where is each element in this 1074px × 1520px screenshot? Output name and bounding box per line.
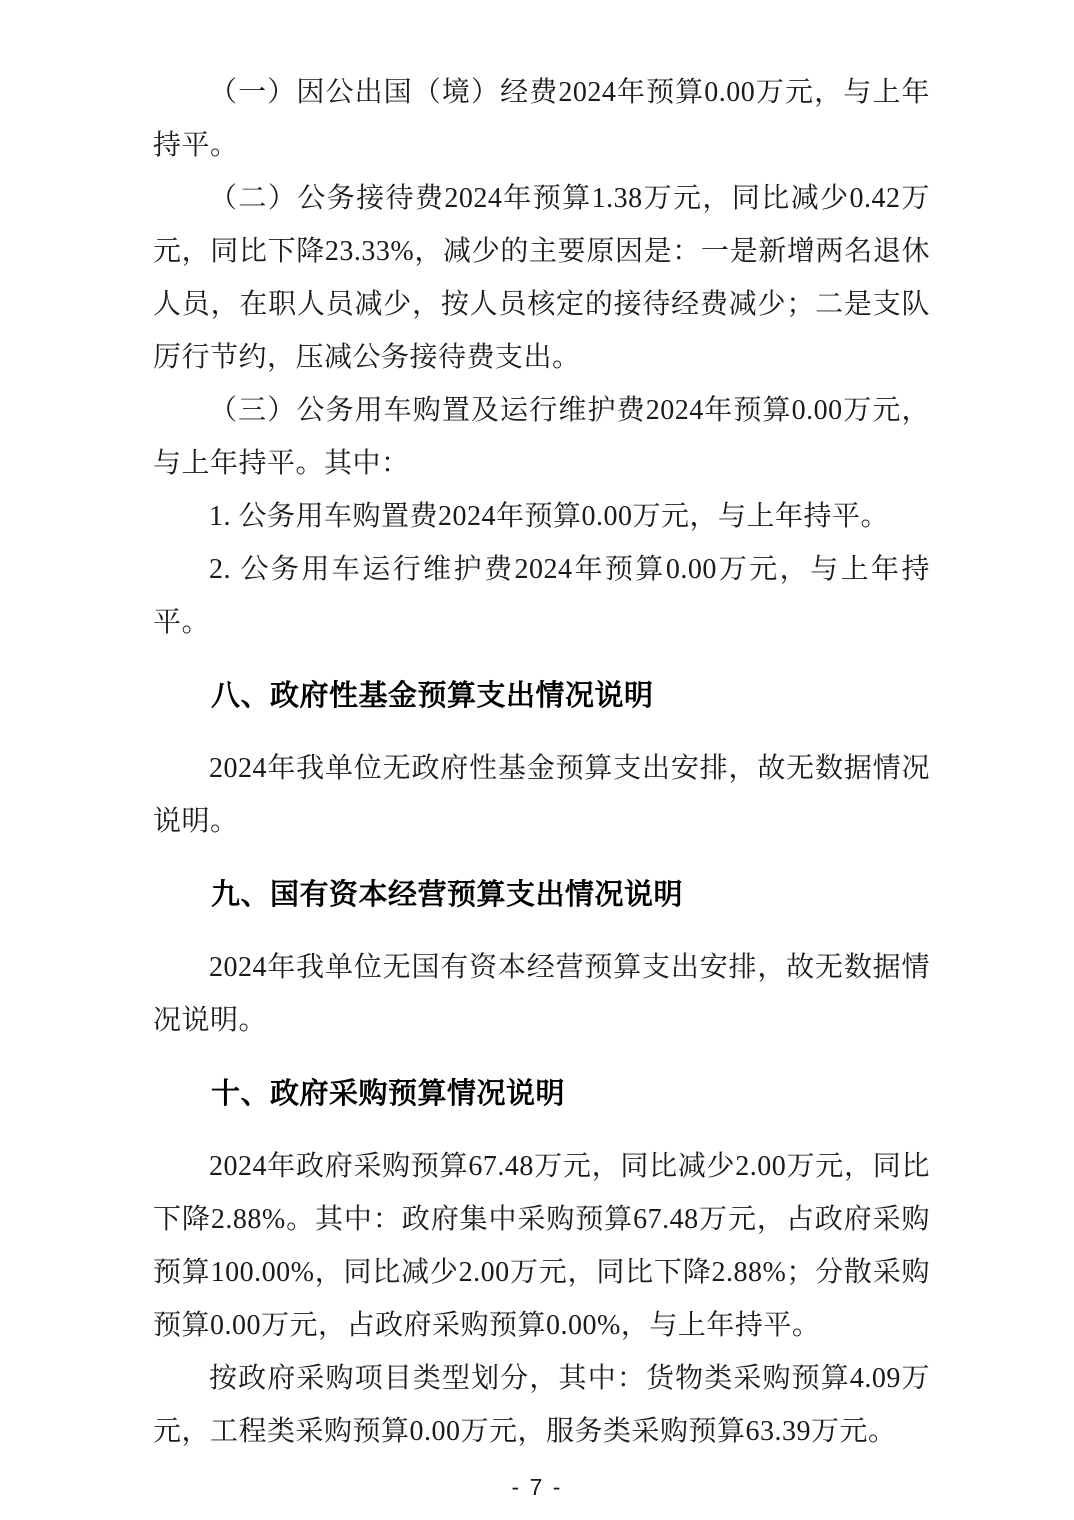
para-government-fund-budget: 2024年我单位无政府性基金预算支出安排，故无数据情况说明。 — [153, 742, 930, 848]
heading-government-fund-budget: 八、政府性基金预算支出情况说明 — [153, 670, 930, 723]
para-state-capital-budget: 2024年我单位无国有资本经营预算支出安排，故无数据情况说明。 — [153, 941, 930, 1047]
para-official-reception-expense: （二）公务接待费2024年预算1.38万元，同比减少0.42万元，同比下降23.… — [153, 172, 930, 384]
para-vehicle-purchase-expense: 1. 公务用车购置费2024年预算0.00万元，与上年持平。 — [153, 490, 930, 543]
para-procurement-by-type: 按政府采购项目类型划分，其中：货物类采购预算4.09万元，工程类采购预算0.00… — [153, 1352, 930, 1458]
heading-state-capital-budget: 九、国有资本经营预算支出情况说明 — [153, 869, 930, 922]
para-official-vehicle-expense: （三）公务用车购置及运行维护费2024年预算0.00万元，与上年持平。其中： — [153, 384, 930, 490]
para-outbound-travel-expense: （一）因公出国（境）经费2024年预算0.00万元，与上年持平。 — [153, 66, 930, 172]
para-vehicle-operation-expense: 2. 公务用车运行维护费2024年预算0.00万元，与上年持平。 — [153, 543, 930, 649]
page-number: - 7 - — [0, 1474, 1074, 1501]
para-government-procurement-budget: 2024年政府采购预算67.48万元，同比减少2.00万元，同比下降2.88%。… — [153, 1140, 930, 1352]
heading-government-procurement-budget: 十、政府采购预算情况说明 — [153, 1068, 930, 1121]
budget-report-page: （一）因公出国（境）经费2024年预算0.00万元，与上年持平。 （二）公务接待… — [0, 0, 1074, 1520]
